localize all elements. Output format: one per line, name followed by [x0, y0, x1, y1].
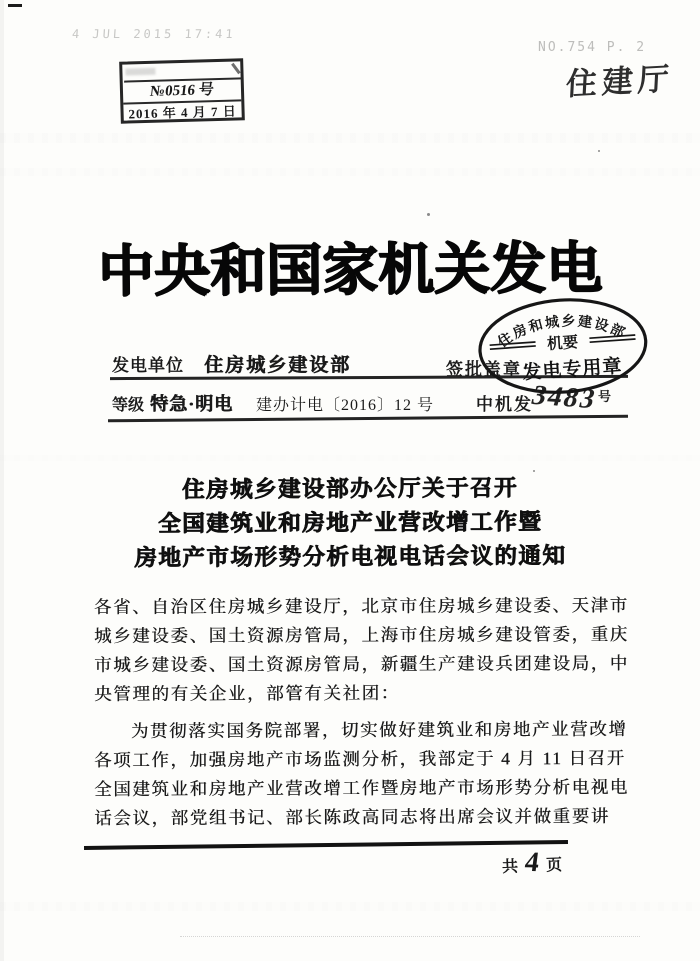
footer-rule-line	[84, 840, 568, 850]
body-line: 市城乡建设委、国土资源房管局，新疆生产建设兵团建设局，中	[94, 649, 628, 680]
seal-middle-text: 机要	[546, 332, 579, 353]
page-count: 共 4 页	[501, 846, 562, 880]
sender-value: 住房城乡建设部	[204, 355, 351, 376]
notice-title-line: 住房城乡建设部办公厅关于召开	[0, 470, 700, 508]
notice-title-line: 房地产市场形势分析电视电话会议的通知	[0, 538, 700, 576]
document-number: 建办计电〔2016〕12 号	[256, 392, 434, 415]
scan-corner-mark	[8, 4, 22, 7]
scan-noise-streak	[0, 455, 700, 461]
scan-noise-dots	[180, 936, 640, 937]
body-paragraph: 为贯彻落实国务院部署，切实做好建筑业和房地产业营改增 各项工作，加强房地产市场监…	[94, 715, 629, 833]
page-count-prefix: 共	[502, 853, 519, 877]
addressee-paragraph: 各省、自治区住房城乡建设厅，北京市住房城乡建设委、天津市 城乡建设委、国土资源房…	[94, 591, 628, 709]
fax-page-reference: NO.754 P. 2	[538, 40, 646, 55]
ink-smudge	[231, 63, 241, 74]
body-line: 各项工作，加强房地产市场监测分析，我部定于 4 月 11 日召开	[94, 744, 628, 775]
page-count-number-handwritten: 4	[523, 847, 541, 879]
scan-noise-streak	[0, 168, 700, 176]
body-line: 各省、自治区住房城乡建设厅，北京市住房城乡建设委、天津市	[94, 591, 628, 622]
fax-timestamp: 4 JUL 2015 17:41	[72, 27, 237, 41]
grade-label: 等级	[112, 392, 144, 415]
seal-bottom-text: 发电专用章	[522, 354, 623, 384]
receipt-stamp-box: №0516 号 2016 年 4 月 7 日	[119, 58, 245, 123]
sender-row: 发电单位 住房城乡建设部	[112, 350, 351, 377]
seal-decor-line	[590, 339, 636, 342]
body-line: 央管理的有关企业，部管有关社团：	[94, 678, 628, 709]
handwritten-department-note: 住建厅	[565, 53, 675, 104]
scan-speck	[598, 150, 600, 152]
body-line: 话会议，部党组书记、部长陈政高同志将出席会议并做重要讲	[94, 802, 628, 833]
ink-smudge	[125, 68, 155, 76]
sender-label: 发电单位	[112, 356, 184, 375]
scan-speck	[427, 213, 430, 216]
page-count-suffix: 页	[546, 852, 563, 876]
receipt-stamp-date: 2016 年 4 月 7 日	[123, 99, 242, 124]
body-line: 全国建筑业和房地产业营改增工作暨房地产市场形势分析电视电	[94, 773, 628, 804]
seal-decor-line	[490, 346, 536, 349]
notice-title: 住房城乡建设部办公厅关于召开 全国建筑业和房地产业营改增工作暨 房地产市场形势分…	[0, 470, 700, 576]
ministry-telegram-seal: 住房和城乡建设部 机要 发电专用章	[473, 291, 656, 405]
body-line: 为贯彻落实国务院部署，切实做好建筑业和房地产业营改增	[94, 715, 628, 746]
grade-value: 特急·明电	[150, 390, 233, 416]
notice-title-line: 全国建筑业和房地产业营改增工作暨	[0, 504, 700, 542]
scanned-document-page: 4 JUL 2015 17:41 NO.754 P. 2 住建厅 №0516 号…	[0, 0, 700, 961]
scan-noise-streak	[0, 133, 700, 143]
body-line: 城乡建设委、国土资源房管局，上海市住房城乡建设管委，重庆	[94, 620, 628, 651]
scan-noise-streak	[0, 902, 700, 911]
receipt-stamp-number: №0516 号	[122, 77, 242, 102]
